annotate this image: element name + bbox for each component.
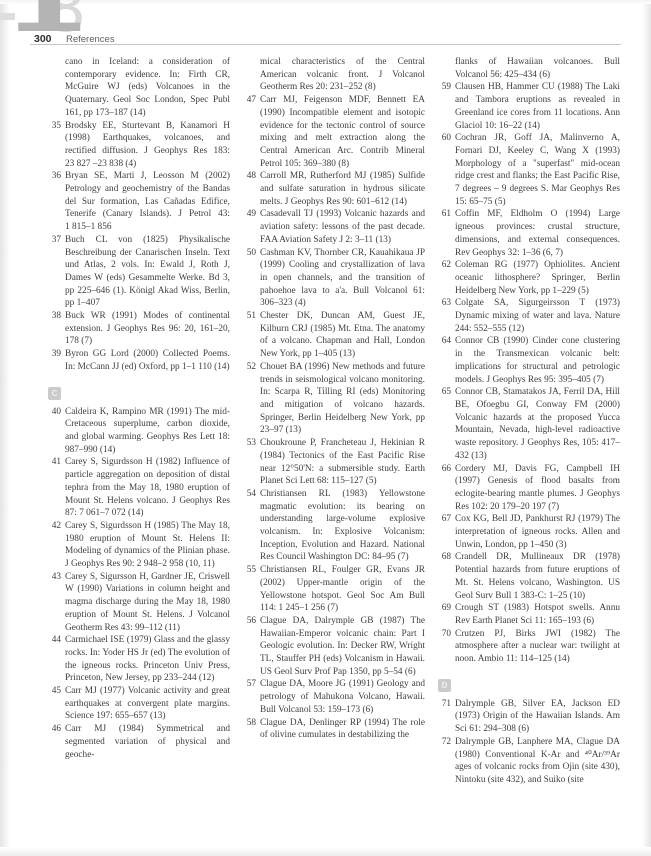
reference-number: 44 [48, 634, 61, 647]
scan-edge-bottom [0, 847, 651, 856]
reference-text: flanks of Hawaiian volcanoes. Bull Volca… [455, 57, 620, 80]
reference-entry: 48Carroll MR, Rutherford MJ (1985) Sulfi… [243, 170, 425, 208]
reference-text: Clausen HB, Hammer CU (1988) The Laki an… [455, 82, 620, 130]
reference-number: 60 [438, 132, 451, 145]
reference-entry: 46Carr MJ (1984) Symmetrical and segment… [48, 723, 230, 761]
reference-number: 65 [438, 386, 451, 399]
reference-text: Byron GG Lord (2000) Collected Poems. In… [65, 349, 230, 372]
reference-number: 39 [48, 348, 61, 361]
reference-entry: 35Brodsky EE, Sturtevant B, Kanamori H (… [48, 120, 230, 171]
reference-entry: 49Casadevall TJ (1993) Volcanic hazards … [243, 208, 425, 246]
reference-entry: 42Carey S, Sigurdsson H (1985) The May 1… [48, 520, 230, 571]
reference-number: 68 [438, 551, 451, 564]
scan-edge-right [642, 0, 651, 856]
reference-text: Dalrymple GB, Lanphere MA, Clague DA (19… [455, 737, 620, 785]
section-letter-marker: D [438, 675, 620, 688]
reference-entry: 53Choukroune P, Francheteau J, Hekinian … [243, 437, 425, 488]
reference-number: 46 [48, 723, 61, 736]
reference-text: Carey S, Sigursson H, Gardner JE, Criswe… [65, 572, 230, 633]
scan-edge-left [0, 0, 10, 856]
reference-text: Christiansen RL, Foulger GR, Evans JR (2… [260, 565, 425, 613]
reference-column: cano in Iceland: a consideration of cont… [48, 56, 230, 787]
reference-continuation: flanks of Hawaiian volcanoes. Bull Volca… [438, 56, 620, 81]
reference-text: Cox KG, Bell JD, Pankhurst RJ (1979) The… [455, 514, 620, 549]
reference-entry: 55Christiansen RL, Foulger GR, Evans JR … [243, 564, 425, 615]
reference-entry: 68Crandell DR, Mullineaux DR (1978) Pote… [438, 551, 620, 602]
reference-entry: 57Clague DA, Moore JG (1991) Geology and… [243, 678, 425, 716]
reference-number: 59 [438, 81, 451, 94]
reference-text: Carr MJ (1977) Volcanic activity and gre… [65, 686, 230, 721]
reference-column: mical characteristics of the Central Ame… [243, 56, 425, 787]
reference-number: 69 [438, 602, 451, 615]
reference-number: 61 [438, 208, 451, 221]
reference-entry: 58Clague DA, Denlinger RP (1994) The rol… [243, 717, 425, 742]
reference-text: Carr MJ (1984) Symmetrical and segmented… [65, 724, 230, 759]
reference-entry: 47Carr MJ, Feigenson MDF, Bennett EA (19… [243, 94, 425, 170]
reference-number: 71 [438, 698, 451, 711]
reference-entry: 62Coleman RG (1977) Ophiolites. Ancient … [438, 259, 620, 297]
reference-text: Choukroune P, Francheteau J, Hekinian R … [260, 438, 425, 486]
reference-text: Dalrymple GB, Silver EA, Jackson ED (197… [455, 699, 620, 734]
reference-entry: 63Colgate SA, Sigurgeirsson T (1973) Dyn… [438, 297, 620, 335]
reference-entry: 54Christiansen RL (1983) Yellowstone mag… [243, 488, 425, 564]
reference-text: Clague DA, Moore JG (1991) Geology and p… [260, 679, 425, 714]
reference-text: Crough ST (1983) Hotspot swells. Annu Re… [455, 603, 620, 626]
reference-entry: 72Dalrymple GB, Lanphere MA, Clague DA (… [438, 736, 620, 787]
reference-number: 64 [438, 335, 451, 348]
reference-number: 54 [243, 488, 256, 501]
reference-text: Cochran JR, Goff JA, Malinverno A, Forna… [455, 133, 620, 207]
reference-number: 70 [438, 628, 451, 641]
reference-entry: 36Bryan SE, Marti J, Leosson M (2002) Pe… [48, 170, 230, 234]
reference-number: 62 [438, 259, 451, 272]
reference-entry: 56Clague DA, Dalrymple GB (1987) The Haw… [243, 615, 425, 679]
reference-number: 56 [243, 615, 256, 628]
reference-entry: 50Cashman KV, Thornber CR, Kauahikaua JP… [243, 247, 425, 311]
reference-text: Coffin MF, Eldholm O (1994) Large igneou… [455, 209, 620, 257]
reference-entry: 71Dalrymple GB, Silver EA, Jackson ED (1… [438, 698, 620, 736]
reference-continuation: cano in Iceland: a consideration of cont… [48, 56, 230, 120]
reference-column: flanks of Hawaiian volcanoes. Bull Volca… [438, 56, 620, 787]
section-letter: D [438, 679, 451, 692]
reference-text: Caldeira K, Rampino MR (1991) The mid-Cr… [65, 407, 230, 455]
reference-number: 52 [243, 361, 256, 374]
scan-edge-top [0, 0, 651, 4]
reference-text: Connor CB (1990) Cinder cone clustering … [455, 336, 620, 384]
reference-entry: 65Connor CB, Stamatakos JA, Ferril DA, H… [438, 386, 620, 462]
reference-text: Buch CL von (1825) Physikalische Beschre… [65, 235, 230, 309]
reference-entry: 43Carey S, Sigursson H, Gardner JE, Cris… [48, 571, 230, 635]
reference-number: 38 [48, 310, 61, 323]
reference-text: Cashman KV, Thornber CR, Kauahikaua JP (… [260, 248, 425, 309]
reference-text: Chouet BA (1996) New methods and future … [260, 362, 425, 436]
reference-number: 36 [48, 170, 61, 183]
reference-number: 47 [243, 94, 256, 107]
reference-number: 51 [243, 310, 256, 323]
reference-number: 42 [48, 520, 61, 533]
reference-entry: 70Crutzen PJ, Birks JWI (1982) The atmos… [438, 628, 620, 666]
reference-number: 41 [48, 456, 61, 469]
reference-number: 53 [243, 437, 256, 450]
reference-text: Crandell DR, Mullineaux DR (1978) Potent… [455, 552, 620, 600]
reference-text: Casadevall TJ (1993) Volcanic hazards an… [260, 209, 425, 244]
reference-number: 55 [243, 564, 256, 577]
reference-number: 72 [438, 736, 451, 749]
reference-entry: 64Connor CB (1990) Cinder cone clusterin… [438, 335, 620, 386]
columns: cano in Iceland: a consideration of cont… [48, 56, 621, 787]
reference-entry: 69Crough ST (1983) Hotspot swells. Annu … [438, 602, 620, 627]
reference-entry: 66Cordery MJ, Davis FG, Campbell IH (199… [438, 463, 620, 514]
reference-number: 66 [438, 463, 451, 476]
reference-text: Bryan SE, Marti J, Leosson M (2002) Petr… [65, 171, 230, 232]
reference-text: Coleman RG (1977) Ophiolites. Ancient oc… [455, 260, 620, 295]
reference-entry: 52Chouet BA (1996) New methods and futur… [243, 361, 425, 437]
reference-number: 37 [48, 234, 61, 247]
reference-number: 40 [48, 406, 61, 419]
reference-text: Carroll MR, Rutherford MJ (1985) Sulfide… [260, 171, 425, 206]
reference-entry: 61Coffin MF, Eldholm O (1994) Large igne… [438, 208, 620, 259]
reference-text: Clague DA, Dalrymple GB (1987) The Hawai… [260, 616, 425, 677]
reference-number: 63 [438, 297, 451, 310]
reference-text: Clague DA, Denlinger RP (1994) The role … [260, 718, 425, 741]
reference-number: 45 [48, 685, 61, 698]
reference-entry: 45Carr MJ (1977) Volcanic activity and g… [48, 685, 230, 723]
reference-entry: 39Byron GG Lord (2000) Collected Poems. … [48, 348, 230, 373]
reference-text: mical characteristics of the Central Ame… [260, 57, 425, 92]
reference-text: Connor CB, Stamatakos JA, Ferril DA, Hil… [455, 387, 620, 461]
reference-entry: 38Buck WR (1991) Modes of continental ex… [48, 310, 230, 348]
reference-text: Buck WR (1991) Modes of continental exte… [65, 311, 230, 346]
reference-text: Christiansen RL (1983) Yellowstone magma… [260, 489, 425, 563]
reference-entry: 41Carey S, Sigurdsson H (1982) Influence… [48, 456, 230, 520]
reference-text: Carr MJ, Feigenson MDF, Bennett EA (1990… [260, 95, 425, 169]
section-letter: C [48, 387, 61, 400]
reference-text: Cordery MJ, Davis FG, Campbell IH (1997)… [455, 464, 620, 512]
reference-entry: 44Carmichael ISE (1979) Glass and the gl… [48, 634, 230, 685]
reference-entry: 51Chester DK, Duncan AM, Guest JE, Kilbu… [243, 310, 425, 361]
reference-entry: 40Caldeira K, Rampino MR (1991) The mid-… [48, 406, 230, 457]
reference-text: cano in Iceland: a consideration of cont… [65, 57, 230, 118]
reference-entry: 37Buch CL von (1825) Physikalische Besch… [48, 234, 230, 310]
reference-number: 50 [243, 247, 256, 260]
reference-text: Carmichael ISE (1979) Glass and the glas… [65, 635, 230, 683]
reference-number: 57 [243, 678, 256, 691]
reference-number: 49 [243, 208, 256, 221]
reference-text: Colgate SA, Sigurgeirsson T (1973) Dynam… [455, 298, 620, 333]
reference-entry: 67Cox KG, Bell JD, Pankhurst RJ (1979) T… [438, 513, 620, 551]
reference-text: Carey S, Sigurdsson H (1985) The May 18,… [65, 521, 230, 569]
reference-number: 48 [243, 170, 256, 183]
reference-text: Brodsky EE, Sturtevant B, Kanamori H (19… [65, 121, 230, 169]
reference-entry: 59Clausen HB, Hammer CU (1988) The Laki … [438, 81, 620, 132]
section-letter-marker: C [48, 383, 230, 396]
reference-number: 58 [243, 717, 256, 730]
reference-text: Carey S, Sigurdsson H (1982) Influence o… [65, 457, 230, 518]
header-rule [30, 44, 621, 45]
reference-entry: 60Cochran JR, Goff JA, Malinverno A, For… [438, 132, 620, 208]
reference-number: 67 [438, 513, 451, 526]
reference-text: Crutzen PJ, Birks JWI (1982) The atmosph… [455, 629, 620, 664]
reference-number: 43 [48, 571, 61, 584]
reference-continuation: mical characteristics of the Central Ame… [243, 56, 425, 94]
reference-text: Chester DK, Duncan AM, Guest JE, Kilburn… [260, 311, 425, 359]
reference-number: 35 [48, 120, 61, 133]
